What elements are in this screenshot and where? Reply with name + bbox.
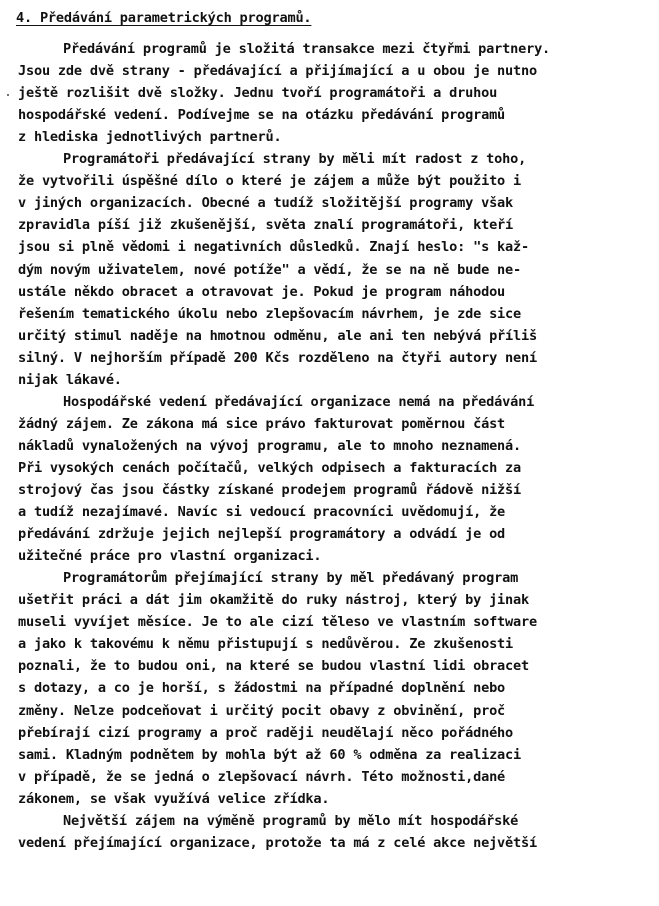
text-line: Jsou zde dvě strany - předávající a přij…	[18, 60, 537, 82]
text-line: v případě, že se jedná o zlepšovací návr…	[18, 766, 505, 788]
text-line: že vytvořili úspěšné dílo o které je záj…	[18, 170, 521, 192]
text-line: ušetřit práci a dát jim okamžitě do ruky…	[18, 589, 529, 611]
text-line: strojový čas jsou částky získané prodeje…	[18, 479, 521, 501]
paragraph-first-line: Předávání programů je složitá transakce …	[18, 38, 550, 60]
text-line: a jako k takovému k němu přistupují s ne…	[18, 633, 513, 655]
paragraph-first-line: Hospodářské vedení předávající organizac…	[18, 391, 534, 413]
paragraph-first-line: Největší zájem na výměně programů by měl…	[18, 810, 518, 832]
text-line: poznali, že to budou oni, na které se bu…	[18, 655, 529, 677]
scan-speck	[7, 94, 9, 96]
text-line: museli vyvíjet měsíce. Je to ale cizí tě…	[18, 611, 537, 633]
text-line: zákonem, se však využívá velice zřídka.	[18, 788, 329, 810]
text-line: určitý stimul naděje na hmotnou odměnu, …	[18, 325, 537, 347]
text-line: žádný zájem. Ze zákona má sice právo fak…	[18, 413, 505, 435]
text-line: přebírají cizí programy a proč raději ne…	[18, 722, 513, 744]
text-line: řešením tematického úkolu nebo zlepšovac…	[18, 303, 521, 325]
text-line: vedení přejímající organizace, protože t…	[18, 832, 537, 854]
text-line: z hlediska jednotlivých partnerů.	[18, 126, 281, 148]
text-line: ještě rozlišit dvě složky. Jednu tvoří p…	[18, 82, 497, 104]
paragraph-first-line: Programátoři předávající strany by měli …	[18, 148, 526, 170]
document-page: 4. Předávání parametrických programů. Př…	[0, 0, 659, 906]
text-line: předávání zdržuje jejich nejlepší progra…	[18, 523, 505, 545]
text-line: zpravidla píší již zkušenější, světa zna…	[18, 214, 513, 236]
text-line: a tudíž nezajímavé. Navíc si vedoucí pra…	[18, 501, 505, 523]
text-line: dým novým uživatelem, nové potíže" a věd…	[18, 259, 521, 281]
text-line: Při vysokých cenách počítačů, velkých od…	[18, 457, 521, 479]
text-line: nijak lákavé.	[18, 369, 122, 391]
section-heading: 4. Předávání parametrických programů.	[16, 10, 311, 26]
text-line: sami. Kladným podnětem by mohla být až 6…	[18, 744, 521, 766]
text-line: ustále někdo obracet a otravovat je. Pok…	[18, 281, 505, 303]
text-line: jsou si plně vědomi i negativních důsled…	[18, 236, 529, 258]
text-line: v jiných organizacích. Obecné a tudíž sl…	[18, 192, 513, 214]
text-line: užitečné práce pro vlastní organizaci.	[18, 545, 321, 567]
paragraph-first-line: Programátorům přejímající strany by měl …	[18, 567, 518, 589]
text-line: nákladů vynaložených na vývoj programu, …	[18, 435, 521, 457]
text-line: silný. V nejhorším případě 200 Kčs rozdě…	[18, 347, 537, 369]
text-line: hospodářské vedení. Podívejme se na otáz…	[18, 104, 505, 126]
text-line: s dotazy, a co je horší, s žádostmi na p…	[18, 677, 505, 699]
text-line: změny. Nelze podceňovat i určitý pocit o…	[18, 700, 505, 722]
